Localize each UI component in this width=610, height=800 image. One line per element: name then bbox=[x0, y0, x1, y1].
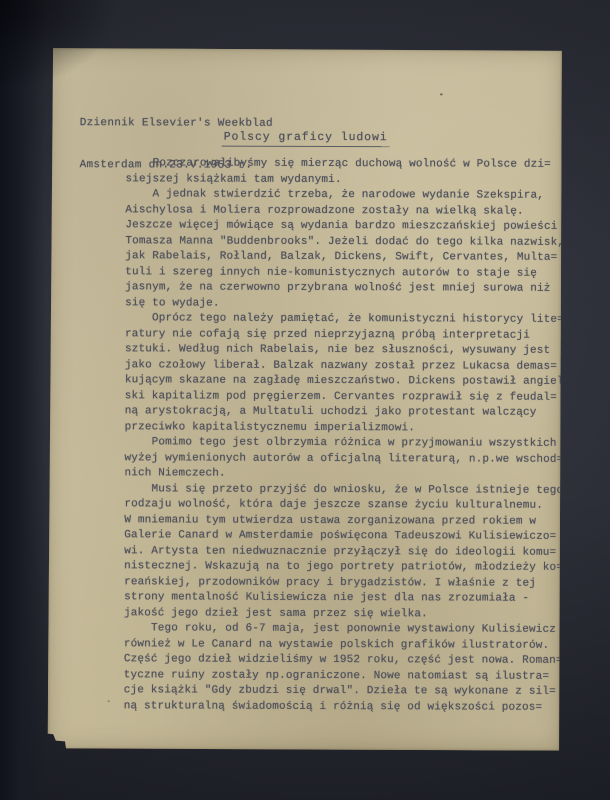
text-line: sztuki. Według nich Rabelais, nie bez sł… bbox=[125, 342, 571, 359]
text-line: wyżej wymienionych autorów a oficjalną l… bbox=[125, 451, 571, 468]
text-line: kującym skazane na zagładę mieszczaństwo… bbox=[125, 373, 571, 390]
text-line: strony mentalność Kulisiewicza nie jest … bbox=[124, 590, 570, 607]
photo-background: Dziennik Elsevier's Weekblad Amsterdam d… bbox=[0, 0, 610, 800]
text-line: jakość jego dzieł jest sama przez się wi… bbox=[124, 606, 570, 623]
text-line: rodzaju wolność, która daje jeszcze szan… bbox=[124, 497, 570, 514]
document-page: Dziennik Elsevier's Weekblad Amsterdam d… bbox=[48, 48, 562, 751]
text-line: siejszej książkami tam wydanymi. bbox=[126, 172, 572, 189]
text-line: przeciwko kapitalistycznemu imperializmo… bbox=[125, 420, 571, 437]
text-line: się to wydaje. bbox=[125, 296, 571, 313]
text-line: cje książki "Gdy zbudzi się drwal". Dzie… bbox=[124, 683, 570, 700]
text-line: jasnym, że na czerwowno przybrana wolnoś… bbox=[125, 280, 571, 297]
text-line: również w Le Canard na wystawie polskich… bbox=[124, 637, 570, 654]
document-body: Rozczarowalibyśmy się mierząc duchową wo… bbox=[124, 156, 572, 716]
paper-speck bbox=[108, 700, 110, 702]
text-line: Oprócz tego należy pamiętać, że komunist… bbox=[125, 311, 571, 328]
text-line: Aischylosa i Moliera rozprowadzone zosta… bbox=[125, 203, 571, 220]
text-line: Pomimo tego jest olbrzymia różnica w prz… bbox=[125, 435, 571, 452]
text-line: ratury nie cofają się przed nieprzyjazną… bbox=[125, 327, 571, 344]
text-line: ski kapitalizm pod pręgierzem. Cervantes… bbox=[125, 389, 571, 406]
text-line: Rozczarowalibyśmy się mierząc duchową wo… bbox=[126, 156, 572, 173]
text-line: tyczne ruiny zostały np.ograniczone. Now… bbox=[124, 668, 570, 685]
text-line: A jednak stwierdzić trzeba, że narodowe … bbox=[125, 187, 571, 204]
text-line: nich Niemczech. bbox=[124, 466, 570, 483]
text-line: Jeszcze więcej mówiące są wydania bardzo… bbox=[125, 218, 571, 235]
text-line: wi. Artysta ten niedwuznacznie przyłączy… bbox=[124, 544, 570, 561]
text-line: Tego roku, od 6-7 maja, jest ponownie wy… bbox=[124, 621, 570, 638]
text-line: Galerie Canard w Amsterdamie poświęcona … bbox=[124, 528, 570, 545]
text-line: tuli i szereg innych nie-komunistycznych… bbox=[125, 265, 571, 282]
text-line: Tomasza Manna "Buddenbrooks". Jeżeli dod… bbox=[125, 234, 571, 251]
text-line: nistecznej. Wskazują na to jego portrety… bbox=[124, 559, 570, 576]
text-line: ną strukturalną świadomością i różnią si… bbox=[124, 699, 570, 716]
text-line: Część jego dzieł widzieliśmy w 1952 roku… bbox=[124, 652, 570, 669]
text-line: W mniemaniu tym utwierdza ustawa zorgani… bbox=[124, 513, 570, 530]
text-line: jako czołowy liberał. Balzak nazwany zos… bbox=[125, 358, 571, 375]
paper-speck bbox=[440, 93, 443, 95]
title-row: Polscy graficy ludowi bbox=[50, 126, 562, 148]
document-title: Polscy graficy ludowi bbox=[222, 131, 390, 148]
text-line: Musi się przeto przyjść do wniosku, że w… bbox=[124, 482, 570, 499]
text-line: jak Rabelais, Rołland, Balzak, Dickens, … bbox=[125, 249, 571, 266]
text-line: ną arystokracją, a Multatuli uchodzi jak… bbox=[125, 404, 571, 421]
text-line: reańskiej, przodowników pracy i brygadzi… bbox=[124, 575, 570, 592]
